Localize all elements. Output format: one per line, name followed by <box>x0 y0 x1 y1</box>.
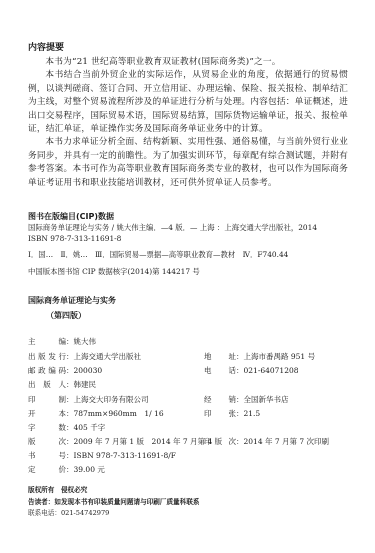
colophon-label: 印 张 <box>204 408 236 420</box>
colophon-label: 字 数 <box>28 422 66 434</box>
colophon-value: ：上海交大印务有限公司 <box>66 395 149 404</box>
abstract-heading: 内容提要 <box>28 40 64 53</box>
colophon-row-publisher: 出版发行：上海交通大学出版社 <box>28 351 141 363</box>
reader-notice: 告读者：如发现本书有印装质量问题请与印刷厂质量科联系 <box>28 496 199 506</box>
colophon-row-address: 地 址：上海市番禺路 951 号 <box>204 351 315 363</box>
book-title: 国际商务单证理论与实务 <box>28 295 116 306</box>
colophon-label: 出版发行 <box>28 351 66 363</box>
abstract-body: 本书为“21 世纪高等职业教育双证教材(国际商务类)”之一。 本书结合当前外贸企… <box>28 56 348 190</box>
colophon-value: ：787mm×960mm 1/ 16 <box>66 409 164 418</box>
colophon-label: 邮政编码 <box>28 365 66 377</box>
colophon-label: 主 编 <box>28 336 66 348</box>
cip-isbn: ISBN 978-7-313-11691-8 <box>28 233 121 244</box>
colophon-value: ：姚大伟 <box>66 337 96 346</box>
colophon-row-editor: 主 编：姚大伟 <box>28 336 96 348</box>
colophon-row-price: 定 价：39.00 元 <box>28 464 105 476</box>
colophon-label: 定 价 <box>28 464 66 476</box>
colophon-row-publisher-person: 出 版 人：韩建民 <box>28 379 96 391</box>
cip-classification: Ⅰ．国… Ⅱ．姚… Ⅲ．国际贸易—票据—高等职业教育—教材 Ⅳ．F740.44 <box>28 249 288 260</box>
colophon-value: ：021-64071208 <box>236 366 299 375</box>
colophon-label: 开 本 <box>28 408 66 420</box>
colophon-row-printer: 印 制：上海交大印务有限公司 <box>28 394 149 406</box>
abstract-paragraph: 本书为“21 世纪高等职业教育双证教材(国际商务类)”之一。 <box>28 56 348 69</box>
colophon-row-wordcount: 字 数：405 千字 <box>28 422 105 434</box>
cip-heading: 图书在版编目(CIP)数据 <box>28 211 114 222</box>
colophon-row-format: 开 本：787mm×960mm 1/ 16 <box>28 408 164 420</box>
colophon-value: ：21.5 <box>236 409 260 418</box>
cip-line: 国际商务单证理论与实务 / 姚大伟主编．—4 版．— 上海 ：上海交通大学出版社… <box>28 222 317 233</box>
colophon-value: ：2014 年 7 月第 7 次印刷 <box>236 437 329 446</box>
colophon-value: ：上海交通大学出版社 <box>66 352 141 361</box>
colophon-label: 印 次 <box>204 436 236 448</box>
colophon-label: 经 销 <box>204 394 236 406</box>
abstract-paragraph: 本书力求单证分析全面、结构新颖、实用性强、通俗易懂，与当前外贸行业业务同步，并具… <box>28 136 348 190</box>
colophon-row-distributor: 经 销：全国新华书店 <box>204 394 289 406</box>
contact-phone: 联系电话：021-54742979 <box>28 507 109 517</box>
copyright-notice: 版权所有 侵权必究 <box>28 484 87 494</box>
colophon-value: ：全国新华书店 <box>236 395 289 404</box>
colophon-row-phone: 电 话：021-64071208 <box>204 365 299 377</box>
colophon-label: 版 次 <box>28 436 66 448</box>
colophon-row-sheets: 印 张：21.5 <box>204 408 260 420</box>
cip-number: 中国版本图书馆 CIP 数据核字(2014)第 144217 号 <box>28 266 200 277</box>
colophon-value: ：200030 <box>66 366 102 375</box>
colophon-value: ：ISBN 978-7-313-11691-8/F <box>66 451 176 460</box>
colophon-label: 印 制 <box>28 394 66 406</box>
colophon-value: ：39.00 元 <box>66 465 105 474</box>
abstract-paragraph: 本书结合当前外贸企业的实际运作，从贸易企业的角度，依据通行的贸易惯例，以谈判磋商… <box>28 69 348 136</box>
colophon-label: 地 址 <box>204 351 236 363</box>
colophon-row-edition: 版 次：2009 年 7 月第 1 版 2014 年 7 月第 4 版 <box>28 436 222 448</box>
colophon-value: ：上海市番禺路 951 号 <box>236 352 315 361</box>
colophon-row-printing: 印 次：2014 年 7 月第 7 次印刷 <box>204 436 329 448</box>
book-edition: （第四版） <box>46 310 86 321</box>
colophon-row-isbn: 书 号：ISBN 978-7-313-11691-8/F <box>28 450 176 462</box>
colophon-row-postcode: 邮政编码：200030 <box>28 365 102 377</box>
colophon-value: ：405 千字 <box>66 423 105 432</box>
colophon-label: 书 号 <box>28 450 66 462</box>
colophon-label: 电 话 <box>204 365 236 377</box>
colophon-label: 出 版 人 <box>28 379 66 391</box>
colophon-value: ：2009 年 7 月第 1 版 2014 年 7 月第 4 版 <box>66 437 222 446</box>
colophon-value: ：韩建民 <box>66 380 96 389</box>
